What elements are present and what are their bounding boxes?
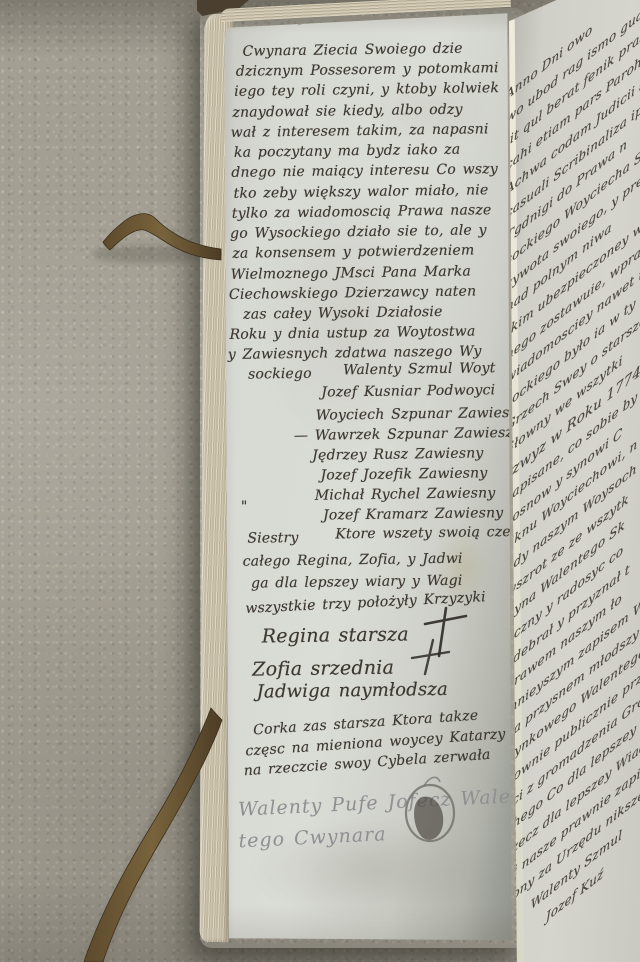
ink-and-pencil-marks [220,10,512,942]
right-page: Anno Dni owowo ubod rag ismo gualit qul … [496,0,640,962]
pencil-doodle [406,777,454,841]
manuscript-text-right: Anno Dni owowo ubod rag ismo gualit qul … [506,0,640,962]
photo-scene: 434 Cwynara Ziecia Swoiego dziedzicznym … [0,0,640,962]
signature-cross-mark [412,640,449,674]
left-page: 434 Cwynara Ziecia Swoiego dziedzicznym … [220,10,512,942]
